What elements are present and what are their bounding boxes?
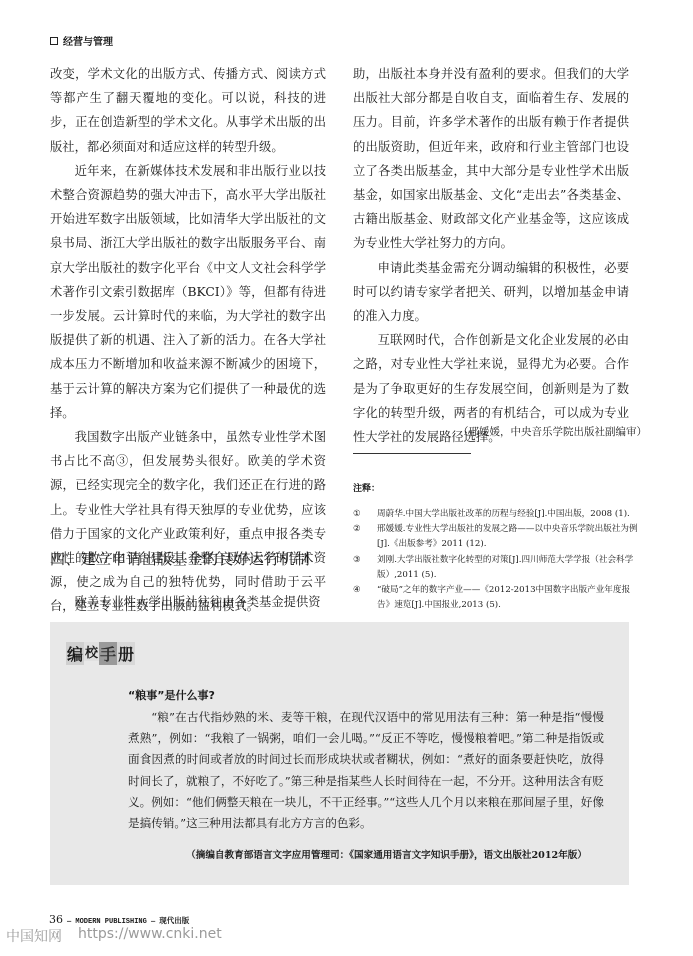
note-item: ④ “破局”之年的数字产业——《2012-2013中国数字出版产业年度报告》速览…: [353, 583, 638, 613]
publication-name-cn: 现代出版: [159, 915, 189, 926]
paragraph: 欧美专业性大学出版社往往由各类基金提供资: [50, 590, 326, 614]
note-text: “破局”之年的数字产业——《2012-2013中国数字出版产业年度报告》速览[J…: [377, 583, 638, 613]
note-text: 刘刚.大学出版社数字化转型的对策[J].四川师范大学学报（社会科学版）,2011…: [377, 553, 638, 583]
note-item: ① 周蔚华.中国大学出版社改革的历程与经验[J].中国出版，2008 (1).: [353, 507, 638, 522]
sidebar-source: （摘编自教育部语言文字应用管理司：《国家通用语言文字知识手册》，语文出版社201…: [186, 847, 587, 861]
paragraph: 助，出版社本身并没有盈利的要求。但我们的大学出版社大部分都是自收自支，面临着生存…: [353, 62, 629, 256]
note-number: ④: [353, 583, 377, 613]
notes-list: ① 周蔚华.中国大学出版社改革的历程与经验[J].中国出版，2008 (1). …: [353, 507, 638, 613]
paragraph: 近年来，在新媒体技术发展和非出版行业以技术整合资源趋势的强大冲击下，高水平大学出…: [50, 159, 326, 425]
divider: [353, 453, 471, 454]
sidebar-body: “粮”在古代指炒熟的米、麦等干粮，在现代汉语中的常见用法有三种：第一种是指“慢慢…: [128, 707, 604, 834]
note-number: ①: [353, 507, 377, 522]
note-item: ② 邢媛媛.专业性大学出版社的发展之路——以中央音乐学院出版社为例[J].《出版…: [353, 522, 638, 552]
title-char: 编: [66, 642, 84, 665]
section-header: 经营与管理: [50, 33, 113, 48]
page-footer: 36 — MODERN PUBLISHING — 现代出版: [49, 913, 189, 926]
title-char: 册: [117, 642, 135, 665]
left-column: 改变，学术文化的出版方式、传播方式、阅读方式等都产生了翻天覆地的变化。可以说，科…: [50, 62, 326, 619]
section-label: 经营与管理: [63, 33, 113, 48]
cnki-watermark: 中国知网 https://www.cnki.net: [6, 926, 222, 946]
author-byline: （邢媛媛，中央音乐学院出版社副编审）: [458, 424, 647, 439]
sidebar-question: “粮事”是什么事?: [128, 687, 215, 703]
watermark-brand: 中国知网: [6, 926, 62, 946]
right-column: 助，出版社本身并没有盈利的要求。但我们的大学出版社大部分都是自收自支，面临着生存…: [353, 62, 629, 449]
notes-label: 注释：: [353, 481, 380, 494]
note-number: ③: [353, 553, 377, 583]
paragraph: 申请此类基金需充分调动编辑的积极性，必要时可以约请专家学者把关、研判，以增加基金…: [353, 256, 629, 329]
paragraph: 改变，学术文化的出版方式、传播方式、阅读方式等都产生了翻天覆地的变化。可以说，科…: [50, 62, 326, 159]
section-heading: 四、建立申请出版基金的良好运行机制: [50, 548, 310, 569]
note-item: ③ 刘刚.大学出版社数字化转型的对策[J].四川师范大学学报（社会科学版）,20…: [353, 553, 638, 583]
note-text: 周蔚华.中国大学出版社改革的历程与经验[J].中国出版，2008 (1).: [377, 507, 638, 522]
sidebar-title: 编 校 手 册: [66, 642, 135, 665]
square-bullet-icon: [50, 37, 58, 45]
watermark-url[interactable]: https://www.cnki.net: [78, 926, 222, 946]
title-char: 校: [84, 642, 99, 661]
editing-manual-sidebar: 编 校 手 册 “粮事”是什么事? “粮”在古代指炒熟的米、麦等干粮，在现代汉语…: [50, 622, 629, 885]
note-text: 邢媛媛.专业性大学出版社的发展之路——以中央音乐学院出版社为例[J].《出版参考…: [377, 522, 638, 552]
note-number: ②: [353, 522, 377, 552]
title-char: 手: [99, 642, 117, 665]
page-number: 36: [49, 913, 63, 926]
publication-name-en: — MODERN PUBLISHING —: [67, 918, 155, 926]
